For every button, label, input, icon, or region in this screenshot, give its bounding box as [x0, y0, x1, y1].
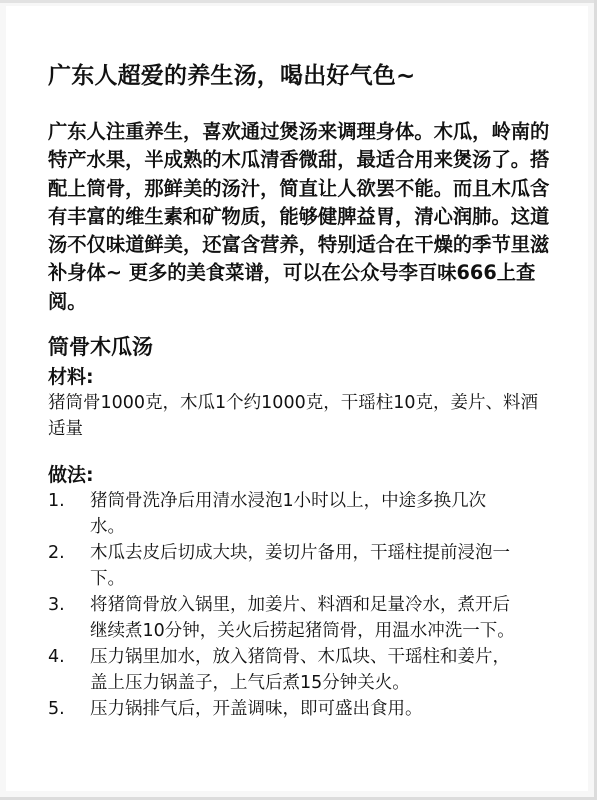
ingredients-heading: 材料: [48, 364, 94, 390]
step-text: 压力锅排气后，开盖调味，即可盛出食用。 [90, 696, 553, 722]
step-number: 3. [48, 592, 90, 644]
step-item: 5. 压力锅排气后，开盖调味，即可盛出食用。 [48, 696, 553, 722]
recipe-title: 筒骨木瓜汤 [48, 332, 153, 362]
page-top-edge [0, 0, 597, 3]
step-item: 3. 将猪筒骨放入锅里，加姜片、料酒和足量冷水，煮开后继续煮10分钟，关火后捞起… [48, 592, 553, 644]
step-number: 4. [48, 644, 90, 696]
document-page: 广东人超爱的养生汤，喝出好气色~ 广东人注重养生，喜欢通过煲汤来调理身体。木瓜，… [6, 6, 588, 791]
step-item: 4. 压力锅里加水，放入猪筒骨、木瓜块、干瑶柱和姜片，盖上压力锅盖子，上气后煮1… [48, 644, 553, 696]
step-number: 5. [48, 696, 90, 722]
step-text: 压力锅里加水，放入猪筒骨、木瓜块、干瑶柱和姜片，盖上压力锅盖子，上气后煮15分钟… [90, 644, 553, 696]
steps-heading: 做法: [48, 462, 94, 488]
page-title: 广东人超爱的养生汤，喝出好气色~ [48, 60, 415, 92]
intro-paragraph: 广东人注重养生，喜欢通过煲汤来调理身体。木瓜，岭南的特产水果，半成熟的木瓜清香微… [48, 118, 553, 316]
step-number: 2. [48, 540, 90, 592]
step-text: 木瓜去皮后切成大块，姜切片备用，干瑶柱提前浸泡一下。 [90, 540, 553, 592]
ingredients-text: 猪筒骨1000克，木瓜1个约1000克，干瑶柱10克，姜片、料酒适量 [48, 390, 553, 442]
step-text: 猪筒骨洗净后用清水浸泡1小时以上，中途多换几次水。 [90, 488, 553, 540]
step-number: 1. [48, 488, 90, 540]
step-item: 2. 木瓜去皮后切成大块，姜切片备用，干瑶柱提前浸泡一下。 [48, 540, 553, 592]
step-text: 将猪筒骨放入锅里，加姜片、料酒和足量冷水，煮开后继续煮10分钟，关火后捞起猪筒骨… [90, 592, 553, 644]
steps-list: 1. 猪筒骨洗净后用清水浸泡1小时以上，中途多换几次水。 2. 木瓜去皮后切成大… [48, 488, 553, 722]
step-item: 1. 猪筒骨洗净后用清水浸泡1小时以上，中途多换几次水。 [48, 488, 553, 540]
